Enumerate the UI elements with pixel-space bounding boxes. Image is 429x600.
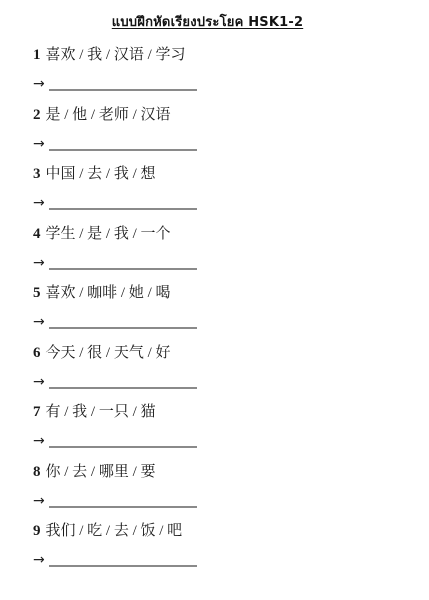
arrow-icon: → [33,137,45,151]
exercise-prompt: 1喜欢 / 我 / 汉语 / 学习 [33,47,429,64]
arrow-icon: → [33,434,45,448]
answer-row: → [33,431,429,448]
arrow-icon: → [33,77,45,91]
item-number: 7 [33,404,41,420]
item-number: 8 [33,464,41,480]
item-words: 今天 / 很 / 天气 / 好 [46,345,171,361]
arrow-icon: → [33,315,45,329]
item-number: 4 [33,226,41,242]
exercise-item-2: 2是 / 他 / 老师 / 汉语 → [33,107,429,167]
answer-line [49,136,197,151]
answer-line [49,374,197,389]
exercise-item-1: 1喜欢 / 我 / 汉语 / 学习 → [33,47,429,107]
item-words: 我们 / 吃 / 去 / 饭 / 吧 [46,523,183,539]
answer-row: → [33,312,429,329]
exercise-prompt: 3中国 / 去 / 我 / 想 [33,166,429,183]
exercise-item-8: 8你 / 去 / 哪里 / 要 → [33,464,429,524]
exercise-list: 1喜欢 / 我 / 汉语 / 学习 → 2是 / 他 / 老师 / 汉语 → 3… [0,47,429,583]
exercise-prompt: 2是 / 他 / 老师 / 汉语 [33,107,429,124]
item-words: 是 / 他 / 老师 / 汉语 [46,107,171,123]
exercise-item-5: 5喜欢 / 咖啡 / 她 / 喝 → [33,285,429,345]
item-words: 中国 / 去 / 我 / 想 [46,166,156,182]
arrow-icon: → [33,375,45,389]
item-words: 有 / 我 / 一只 / 猫 [46,404,156,420]
exercise-prompt: 9我们 / 吃 / 去 / 饭 / 吧 [33,523,429,540]
exercise-item-6: 6今天 / 很 / 天气 / 好 → [33,345,429,405]
arrow-icon: → [33,553,45,567]
arrow-icon: → [33,196,45,210]
item-number: 5 [33,285,41,301]
worksheet-page: แบบฝึกหัดเรียงประโยค HSK1-2 1喜欢 / 我 / 汉语… [0,0,429,600]
item-number: 9 [33,523,41,539]
exercise-item-7: 7有 / 我 / 一只 / 猫 → [33,404,429,464]
answer-line [49,195,197,210]
answer-row: → [33,74,429,91]
arrow-icon: → [33,494,45,508]
item-words: 喜欢 / 我 / 汉语 / 学习 [46,47,186,63]
answer-row: → [33,134,429,151]
item-words: 你 / 去 / 哪里 / 要 [46,464,156,480]
page-title: แบบฝึกหัดเรียงประโยค HSK1-2 [0,11,415,32]
item-number: 1 [33,47,41,63]
item-number: 6 [33,345,41,361]
arrow-icon: → [33,256,45,270]
answer-line [49,314,197,329]
exercise-item-3: 3中国 / 去 / 我 / 想 → [33,166,429,226]
item-number: 3 [33,166,41,182]
answer-line [49,493,197,508]
exercise-prompt: 8你 / 去 / 哪里 / 要 [33,464,429,481]
answer-row: → [33,253,429,270]
item-words: 喜欢 / 咖啡 / 她 / 喝 [46,285,171,301]
answer-line [49,76,197,91]
answer-line [49,255,197,270]
answer-line [49,552,197,567]
exercise-item-9: 9我们 / 吃 / 去 / 饭 / 吧 → [33,523,429,583]
answer-row: → [33,550,429,567]
answer-line [49,433,197,448]
answer-row: → [33,193,429,210]
answer-row: → [33,372,429,389]
exercise-prompt: 7有 / 我 / 一只 / 猫 [33,404,429,421]
item-words: 学生 / 是 / 我 / 一个 [46,226,171,242]
exercise-prompt: 4学生 / 是 / 我 / 一个 [33,226,429,243]
answer-row: → [33,491,429,508]
exercise-item-4: 4学生 / 是 / 我 / 一个 → [33,226,429,286]
item-number: 2 [33,107,41,123]
exercise-prompt: 5喜欢 / 咖啡 / 她 / 喝 [33,285,429,302]
exercise-prompt: 6今天 / 很 / 天气 / 好 [33,345,429,362]
